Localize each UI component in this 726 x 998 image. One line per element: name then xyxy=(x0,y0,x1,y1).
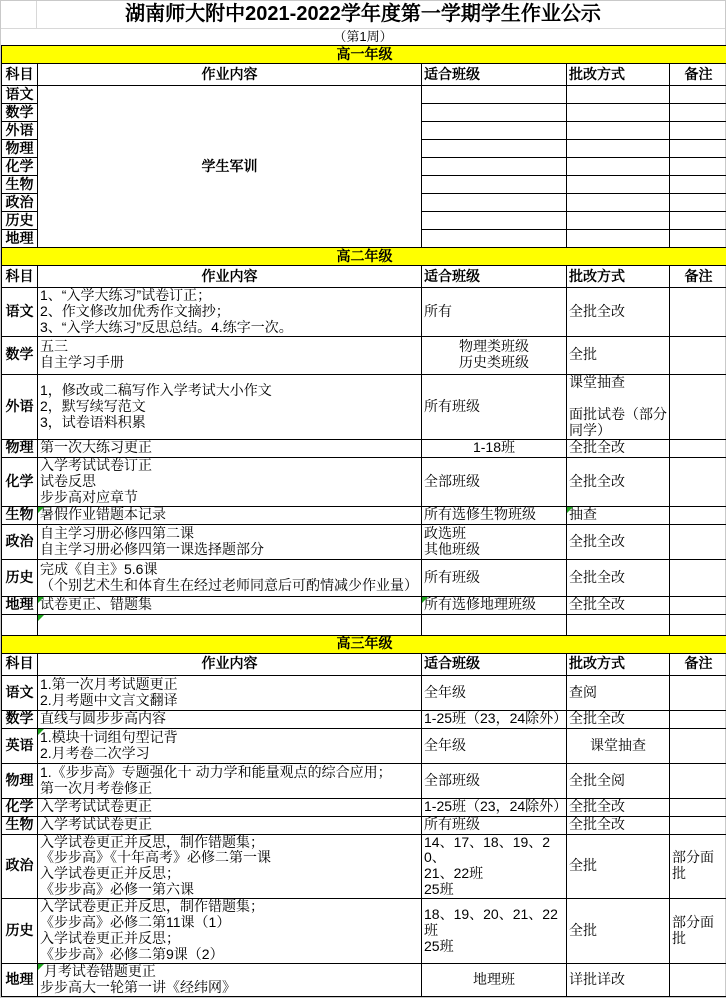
remark-cell xyxy=(670,439,726,457)
table-row: 英语1.模块十词组句型记背 2.月考卷二次学习全年级课堂抽查 xyxy=(2,728,726,763)
column-header-subject: 科目 xyxy=(2,653,38,675)
comment-marker-icon xyxy=(38,597,44,603)
grading-cell xyxy=(567,122,670,140)
table-row: 生物暑假作业错题本记录所有选修生物班级抽查 xyxy=(2,506,726,524)
content-cell xyxy=(38,614,422,635)
remark-cell xyxy=(670,457,726,506)
subject-cell: 英语 xyxy=(2,728,38,763)
column-header-content: 作业内容 xyxy=(38,266,422,288)
subject-cell: 物理 xyxy=(2,140,38,158)
remark-cell xyxy=(670,374,726,439)
subject-cell: 历史 xyxy=(2,899,38,964)
table-row: 外语1，修改或二稿写作入学考试大小作文 2，默写续写范文 3，试卷语料积累所有班… xyxy=(2,374,726,439)
remark-cell xyxy=(670,614,726,635)
section-header-grade-1: 高一年级 xyxy=(2,46,726,64)
subject-cell: 历史 xyxy=(2,559,38,596)
subject-cell: 数学 xyxy=(2,336,38,374)
content-cell: 1.模块十词组句型记背 2.月考卷二次学习 xyxy=(38,728,422,763)
grading-cell xyxy=(567,230,670,248)
remark-cell xyxy=(670,763,726,798)
remark-cell xyxy=(670,728,726,763)
classes-cell xyxy=(422,122,567,140)
remark-cell xyxy=(670,336,726,374)
table-row: 数学直线与圆步步高内容1-25班（23，24除外）全批全改 xyxy=(2,710,726,728)
corner-cell xyxy=(1,1,37,29)
table-row: 语文学生军训 xyxy=(2,86,726,104)
classes-cell xyxy=(422,176,567,194)
content-cell: 入学考试试卷更正 xyxy=(38,816,422,834)
grading-cell xyxy=(567,104,670,122)
comment-marker-icon xyxy=(38,615,44,621)
subject-cell: 化学 xyxy=(2,457,38,506)
table-row: 化学入学考试试卷订正 试卷反思 步步高对应章节全部班级全批全改 xyxy=(2,457,726,506)
remark-cell xyxy=(670,86,726,104)
table-row: 政治自主学习册必修四第二课 自主学习册必修四第一课选择题部分政选班 其他班级全批… xyxy=(2,524,726,559)
grading-cell: 详批详改 xyxy=(567,964,670,997)
classes-cell xyxy=(422,230,567,248)
remark-cell xyxy=(670,212,726,230)
grading-cell: 全批 xyxy=(567,834,670,899)
table-row: 语文1、“入学大练习”试卷订正； 2、作文修改加优秀作文摘抄； 3、“入学大练习… xyxy=(2,288,726,337)
content-cell: 自主学习册必修四第二课 自主学习册必修四第一课选择题部分 xyxy=(38,524,422,559)
classes-cell: 全部班级 xyxy=(422,457,567,506)
subject-cell: 地理 xyxy=(2,230,38,248)
column-header-grading: 批改方式 xyxy=(567,64,670,86)
grading-cell: 全批全改 xyxy=(567,559,670,596)
content-cell: 入学考试试卷更正 xyxy=(38,798,422,816)
comment-marker-icon xyxy=(567,507,573,513)
classes-cell: 1-25班（23，24除外） xyxy=(422,798,567,816)
remark-cell xyxy=(670,559,726,596)
classes-cell xyxy=(422,86,567,104)
comment-marker-icon xyxy=(38,729,44,735)
subject-cell: 语文 xyxy=(2,288,38,337)
homework-announcement-page: 湖南师大附中2021-2022学年度第一学期学生作业公示 （第1周） 高一年级科… xyxy=(0,0,726,998)
column-header-grading: 批改方式 xyxy=(567,266,670,288)
comment-marker-icon xyxy=(38,507,44,513)
section-bar-row: 高二年级 xyxy=(2,248,726,266)
content-cell: 入学试卷更正并反思，制作错题集； 《步步高》必修二第11课（1） 入学试卷更正并… xyxy=(38,899,422,964)
remark-cell xyxy=(670,524,726,559)
subject-cell: 政治 xyxy=(2,834,38,899)
remark-cell xyxy=(670,964,726,997)
grading-cell: 全批全改 xyxy=(567,524,670,559)
classes-cell: 1-18班 xyxy=(422,439,567,457)
content-cell: 月考试卷错题更正 步步高大一轮第一讲《经纬网》 xyxy=(38,964,422,997)
section-bar-row: 高三年级 xyxy=(2,635,726,653)
remark-cell xyxy=(670,798,726,816)
column-header-row: 科目作业内容适合班级批改方式备注 xyxy=(2,653,726,675)
subject-cell: 政治 xyxy=(2,524,38,559)
column-header-grading: 批改方式 xyxy=(567,653,670,675)
grading-cell xyxy=(567,86,670,104)
grading-cell xyxy=(567,140,670,158)
grading-cell: 全批 xyxy=(567,336,670,374)
column-header-content: 作业内容 xyxy=(38,653,422,675)
classes-cell xyxy=(422,140,567,158)
classes-cell: 1-25班（23，24除外） xyxy=(422,710,567,728)
content-cell: 完成《自主》5.6课 （个别艺术生和体育生在经过老师同意后可酌情减少作业量） xyxy=(38,559,422,596)
content-cell: 1.《步步高》专题强化十 动力学和能量观点的综合应用； 第一次月考卷修正 xyxy=(38,763,422,798)
classes-cell xyxy=(422,158,567,176)
title-area: 湖南师大附中2021-2022学年度第一学期学生作业公示 （第1周） xyxy=(1,1,725,45)
subject-cell: 数学 xyxy=(2,710,38,728)
content-cell: 试卷更正、错题集 xyxy=(38,596,422,614)
remark-cell xyxy=(670,176,726,194)
subject-cell: 语文 xyxy=(2,86,38,104)
subject-cell: 政治 xyxy=(2,194,38,212)
content-cell: 1，修改或二稿写作入学考试大小作文 2，默写续写范文 3，试卷语料积累 xyxy=(38,374,422,439)
remark-cell xyxy=(670,506,726,524)
classes-cell: 所有选修生物班级 xyxy=(422,506,567,524)
column-header-remark: 备注 xyxy=(670,64,726,86)
subject-cell: 物理 xyxy=(2,763,38,798)
grading-cell xyxy=(567,194,670,212)
subject-cell: 外语 xyxy=(2,122,38,140)
subject-cell: 物理 xyxy=(2,439,38,457)
classes-cell: 政选班 其他班级 xyxy=(422,524,567,559)
subject-cell: 化学 xyxy=(2,158,38,176)
remark-cell xyxy=(670,710,726,728)
grading-cell: 全批全改 xyxy=(567,816,670,834)
grading-cell: 全批全改 xyxy=(567,439,670,457)
column-header-subject: 科目 xyxy=(2,266,38,288)
content-cell: 1.第一次月考试题更正 2.月考题中文言文翻译 xyxy=(38,675,422,710)
subject-cell: 生物 xyxy=(2,816,38,834)
comment-marker-icon xyxy=(422,597,428,603)
column-header-row: 科目作业内容适合班级批改方式备注 xyxy=(2,266,726,288)
classes-cell: 所有 xyxy=(422,288,567,337)
remark-cell xyxy=(670,122,726,140)
content-cell: 1、“入学大练习”试卷订正； 2、作文修改加优秀作文摘抄； 3、“入学大练习”反… xyxy=(38,288,422,337)
table-row: 语文1.第一次月考试题更正 2.月考题中文言文翻译全年级查阅 xyxy=(2,675,726,710)
table-row: 生物入学考试试卷更正所有班级全批全改 xyxy=(2,816,726,834)
content-cell: 第一次大练习更正 xyxy=(38,439,422,457)
classes-cell xyxy=(422,614,567,635)
section-bar-row: 高一年级 xyxy=(2,46,726,64)
column-header-classes: 适合班级 xyxy=(422,653,567,675)
remark-cell xyxy=(670,104,726,122)
grading-cell: 全批全改 xyxy=(567,710,670,728)
subject-cell: 历史 xyxy=(2,212,38,230)
column-header-remark: 备注 xyxy=(670,653,726,675)
page-title: 湖南师大附中2021-2022学年度第一学期学生作业公示 xyxy=(1,1,725,29)
classes-cell: 所有班级 xyxy=(422,816,567,834)
classes-cell: 18、19、20、21、22班 25班 xyxy=(422,899,567,964)
grading-cell: 查阅 xyxy=(567,675,670,710)
grading-cell: 全批全改 xyxy=(567,596,670,614)
merged-content-cell: 学生军训 xyxy=(38,86,422,248)
remark-cell xyxy=(670,140,726,158)
table-row: 数学五三 自主学习手册物理类班级 历史类班级全批 xyxy=(2,336,726,374)
subject-cell: 外语 xyxy=(2,374,38,439)
subject-cell: 化学 xyxy=(2,798,38,816)
grading-cell xyxy=(567,614,670,635)
classes-cell: 所有班级 xyxy=(422,559,567,596)
remark-cell xyxy=(670,230,726,248)
table-row: 历史入学试卷更正并反思，制作错题集； 《步步高》必修二第11课（1） 入学试卷更… xyxy=(2,899,726,964)
column-header-subject: 科目 xyxy=(2,64,38,86)
subject-cell xyxy=(2,614,38,635)
classes-cell xyxy=(422,194,567,212)
table-row: 地理 月考试卷错题更正 步步高大一轮第一讲《经纬网》地理班详批详改 xyxy=(2,964,726,997)
content-cell: 五三 自主学习手册 xyxy=(38,336,422,374)
classes-cell: 所有班级 xyxy=(422,374,567,439)
classes-cell: 物理类班级 历史类班级 xyxy=(422,336,567,374)
table-row: 政治入学试卷更正并反思，制作错题集； 《步步高》《十年高考》必修二第一课 入学试… xyxy=(2,834,726,899)
classes-cell: 全部班级 xyxy=(422,763,567,798)
subject-cell: 数学 xyxy=(2,104,38,122)
column-header-classes: 适合班级 xyxy=(422,266,567,288)
classes-cell: 14、17、18、19、20、 21、22班 25班 xyxy=(422,834,567,899)
classes-cell xyxy=(422,104,567,122)
column-header-content: 作业内容 xyxy=(38,64,422,86)
table-row xyxy=(2,614,726,635)
remark-cell xyxy=(670,596,726,614)
grading-cell xyxy=(567,212,670,230)
grading-cell: 全批全改 xyxy=(567,288,670,337)
grading-cell xyxy=(567,176,670,194)
grading-cell: 课堂抽查 xyxy=(567,728,670,763)
table-row: 地理试卷更正、错题集所有选修地理班级全批全改 xyxy=(2,596,726,614)
subject-cell: 地理 xyxy=(2,596,38,614)
classes-cell: 所有选修地理班级 xyxy=(422,596,567,614)
homework-table: 高一年级科目作业内容适合班级批改方式备注语文学生军训数学外语物理化学生物政治历史… xyxy=(1,45,726,997)
comment-marker-icon xyxy=(38,964,44,970)
classes-cell: 地理班 xyxy=(422,964,567,997)
grading-cell: 全批全改 xyxy=(567,798,670,816)
classes-cell: 全年级 xyxy=(422,728,567,763)
subject-cell: 生物 xyxy=(2,176,38,194)
remark-cell xyxy=(670,288,726,337)
page-subtitle: （第1周） xyxy=(1,29,725,45)
table-row: 化学入学考试试卷更正1-25班（23，24除外）全批全改 xyxy=(2,798,726,816)
grading-cell: 全批 xyxy=(567,899,670,964)
remark-cell: 部分面批 xyxy=(670,899,726,964)
grading-cell xyxy=(567,158,670,176)
section-header-grade-3: 高三年级 xyxy=(2,635,726,653)
grading-cell: 课堂抽查 面批试卷（部分同学） xyxy=(567,374,670,439)
table-row: 历史完成《自主》5.6课 （个别艺术生和体育生在经过老师同意后可酌情减少作业量）… xyxy=(2,559,726,596)
content-cell: 入学试卷更正并反思，制作错题集； 《步步高》《十年高考》必修二第一课 入学试卷更… xyxy=(38,834,422,899)
column-header-remark: 备注 xyxy=(670,266,726,288)
remark-cell xyxy=(670,158,726,176)
table-row: 物理第一次大练习更正1-18班全批全改 xyxy=(2,439,726,457)
remark-cell xyxy=(670,194,726,212)
remark-cell xyxy=(670,816,726,834)
subject-cell: 地理 xyxy=(2,964,38,997)
content-cell: 入学考试试卷订正 试卷反思 步步高对应章节 xyxy=(38,457,422,506)
grading-cell: 全批全阅 xyxy=(567,763,670,798)
table-row: 物理1.《步步高》专题强化十 动力学和能量观点的综合应用； 第一次月考卷修正全部… xyxy=(2,763,726,798)
remark-cell: 部分面批 xyxy=(670,834,726,899)
grading-cell: 全批全改 xyxy=(567,457,670,506)
grading-cell: 抽查 xyxy=(567,506,670,524)
remark-cell xyxy=(670,675,726,710)
column-header-classes: 适合班级 xyxy=(422,64,567,86)
subject-cell: 语文 xyxy=(2,675,38,710)
column-header-row: 科目作业内容适合班级批改方式备注 xyxy=(2,64,726,86)
subject-cell: 生物 xyxy=(2,506,38,524)
section-header-grade-2: 高二年级 xyxy=(2,248,726,266)
classes-cell: 全年级 xyxy=(422,675,567,710)
content-cell: 直线与圆步步高内容 xyxy=(38,710,422,728)
content-cell: 暑假作业错题本记录 xyxy=(38,506,422,524)
classes-cell xyxy=(422,212,567,230)
